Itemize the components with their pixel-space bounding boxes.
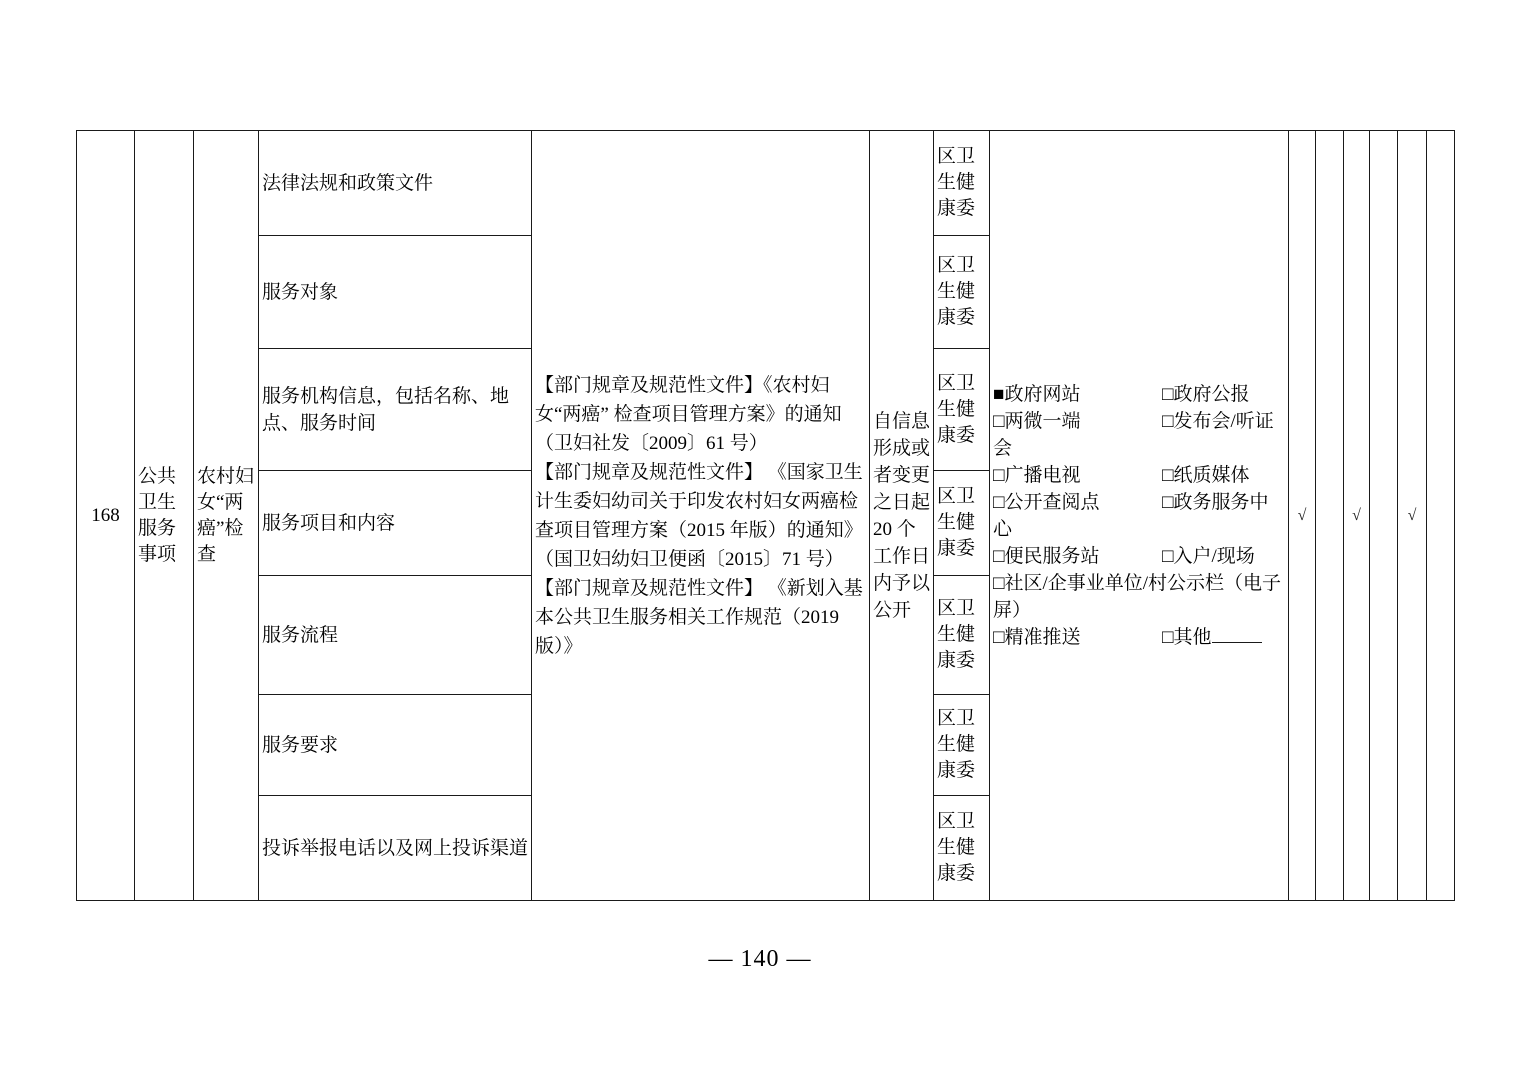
check-column-cell [1427,131,1455,901]
channel-line: □广播电视 □纸质媒体 [993,462,1285,489]
disclosure-content-cell: 服务机构信息，包括名称、地点、服务时间 [259,349,532,471]
disclosure-content-cell: 服务流程 [259,576,532,695]
channel-line: □两微一端 □发布会/听证 [993,408,1285,435]
channel-line: □公开查阅点 □政务服务中 [993,489,1285,516]
channel-item: 屏） [993,600,1031,621]
disclosure-content-cell: 投诉举报电话以及网上投诉渠道 [259,796,532,901]
disclosure-content-cell: 服务要求 [259,695,532,796]
public-disclosure-table: 168 公共卫生服务事项 农村妇女“两癌”检查 法律法规和政策文件 【部门规章及… [76,130,1455,901]
channel-line: □便民服务站 □入户/现场 [993,543,1285,570]
page-number: — 140 — [0,946,1520,973]
responsible-org-cell: 区卫生健康委 [934,236,990,349]
channel-item: □便民服务站 [993,546,1099,567]
channel-line: ■政府网站 □政府公报 [993,381,1285,408]
check-column-cell [1370,131,1398,901]
channel-item: □政府公报 [1162,381,1249,408]
responsible-org-cell: 区卫生健康委 [934,471,990,576]
channel-line: 心 [993,516,1285,543]
check-column-cell: √ [1398,131,1427,901]
responsible-org-cell: 区卫生健康委 [934,576,990,695]
channel-line: □精准推送 □其他 [993,624,1285,651]
channel-item: □发布会/听证 [1162,408,1274,435]
channel-item: □两微一端 [993,411,1080,432]
disclosure-content-cell: 服务对象 [259,236,532,349]
category-cell: 公共卫生服务事项 [135,131,194,901]
legal-basis-doc: 【部门规章及规范性文件】 《国家卫生计生委妇幼司关于印发农村妇女两癌检查项目管理… [535,458,866,574]
disclosure-content-cell: 服务项目和内容 [259,471,532,576]
disclosure-channels-cell: ■政府网站 □政府公报 □两微一端 □发布会/听证 会 □广播电视 □纸质媒体 [990,131,1289,901]
legal-basis-cell: 【部门规章及规范性文件】《农村妇女“两癌” 检查项目管理方案》的通知 （卫妇社发… [532,131,870,901]
disclosure-table-wrap: 168 公共卫生服务事项 农村妇女“两癌”检查 法律法规和政策文件 【部门规章及… [76,130,1455,901]
channel-line: □社区/企事业单位/村公示栏（电子 [993,570,1285,597]
channel-item: 心 [993,519,1012,540]
channel-item-label: □其他 [1162,627,1211,648]
channel-item: □纸质媒体 [1162,462,1249,489]
channel-item: 会 [993,438,1012,459]
document-page: 168 公共卫生服务事项 农村妇女“两癌”检查 法律法规和政策文件 【部门规章及… [0,0,1520,1074]
legal-basis-doc: 【部门规章及规范性文件】《农村妇女“两癌” 检查项目管理方案》的通知 （卫妇社发… [535,371,866,458]
responsible-org-cell: 区卫生健康委 [934,349,990,471]
channel-item: □政务服务中 [1162,489,1268,516]
blank-line [1212,627,1262,643]
responsible-org-cell: 区卫生健康委 [934,131,990,236]
channel-line: 屏） [993,597,1285,624]
channel-item: □公开查阅点 [993,492,1099,513]
disclosure-content-cell: 法律法规和政策文件 [259,131,532,236]
check-column-cell: √ [1289,131,1316,901]
check-column-cell: √ [1344,131,1370,901]
legal-basis-doc: 【部门规章及规范性文件】 《新划入基本公共卫生服务相关工作规范（2019 版）》 [535,574,866,661]
item-number-cell: 168 [77,131,135,901]
channel-item: □入户/现场 [1162,543,1255,570]
channel-item: □社区/企事业单位/村公示栏（电子 [993,573,1281,594]
channel-line: 会 [993,435,1285,462]
channel-item: □其他 [1162,624,1262,651]
check-column-cell [1316,131,1344,901]
channel-item: □精准推送 [993,627,1080,648]
item-name-cell: 农村妇女“两癌”检查 [194,131,259,901]
channel-item: ■政府网站 [993,384,1080,405]
responsible-org-cell: 区卫生健康委 [934,695,990,796]
disclosure-time-cell: 自信息形成或者变更之日起20 个工作日内予以公开 [870,131,934,901]
responsible-org-cell: 区卫生健康委 [934,796,990,901]
channel-item: □广播电视 [993,465,1080,486]
